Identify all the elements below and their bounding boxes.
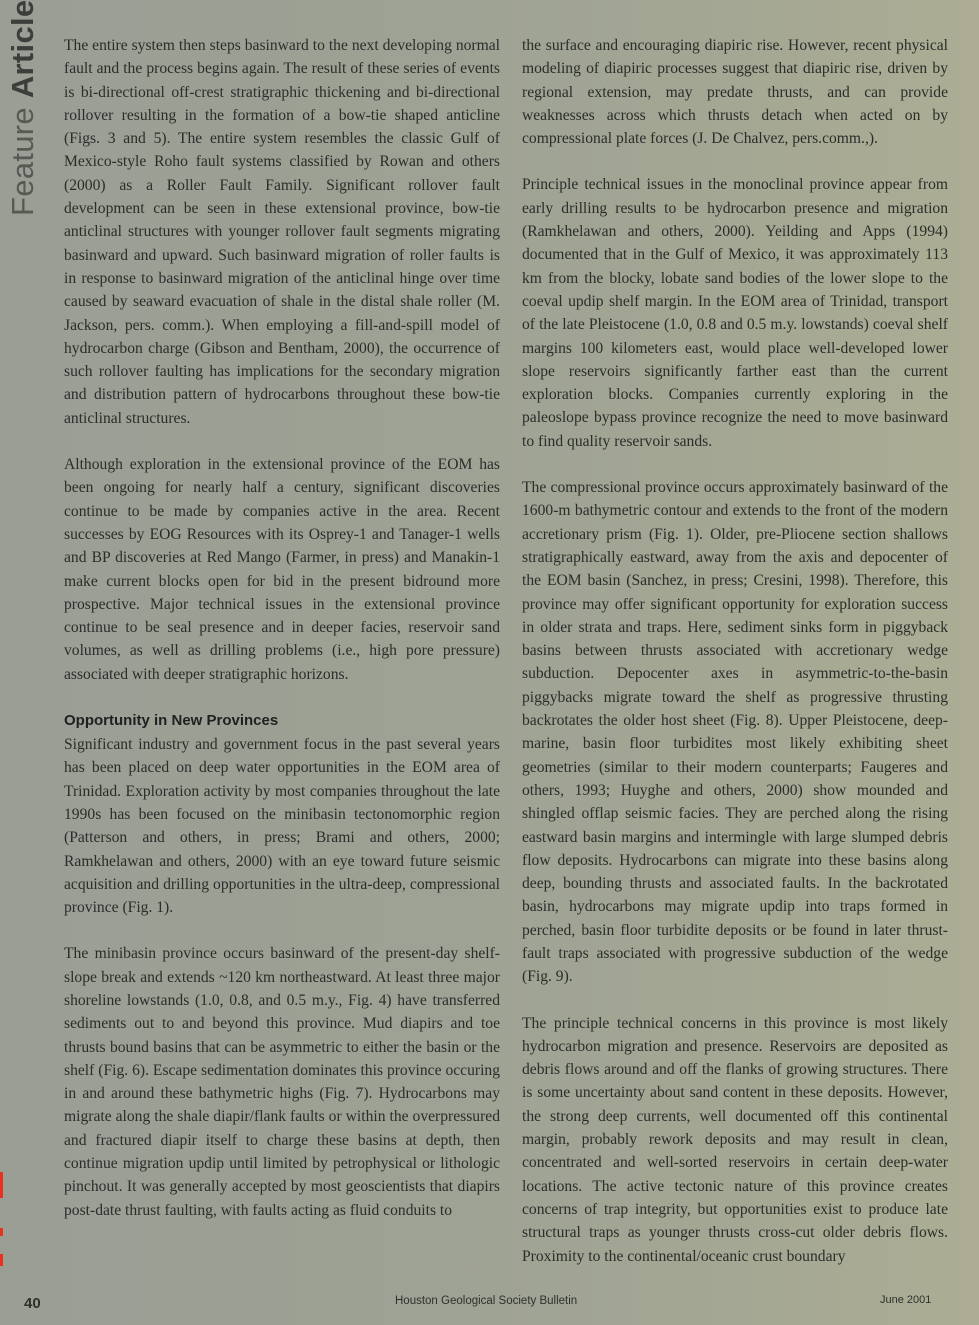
red-edge-mark <box>0 1172 3 1198</box>
paragraph: The entire system then steps basinward t… <box>64 34 500 430</box>
paragraph: The minibasin province occurs basinward … <box>64 942 500 1222</box>
section-label-light: Feature <box>5 98 40 216</box>
section-label-bold: Article <box>5 0 40 98</box>
paragraph: Principle technical issues in the monocl… <box>522 173 948 453</box>
paragraph: The compressional province occurs approx… <box>522 476 948 989</box>
right-column: the surface and encouraging diapiric ris… <box>522 34 948 1291</box>
paragraph: Significant industry and government focu… <box>64 733 500 919</box>
red-edge-mark <box>0 1228 3 1236</box>
section-heading: Opportunity in New Provinces <box>64 709 500 733</box>
paragraph: Although exploration in the extensional … <box>64 453 500 686</box>
section-label: Feature Article <box>5 0 41 216</box>
publication-name: Houston Geological Society Bulletin <box>395 1295 577 1307</box>
issue-date: June 2001 <box>880 1294 931 1306</box>
left-column: The entire system then steps basinward t… <box>64 34 500 1245</box>
page-number: 40 <box>24 1295 41 1312</box>
paragraph: the surface and encouraging diapiric ris… <box>522 34 948 150</box>
paragraph: The principle technical concerns in this… <box>522 1012 948 1268</box>
red-edge-mark <box>0 1254 3 1266</box>
